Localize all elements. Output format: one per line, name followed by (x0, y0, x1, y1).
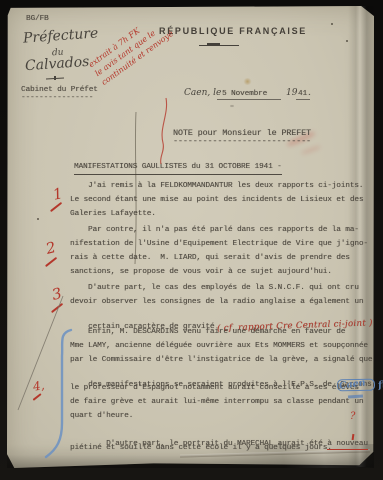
paper-speck (346, 40, 348, 42)
office-underline: ---------------- (21, 93, 93, 103)
body-line: Mme LAMY, ancienne déléguée ouvrière aux… (70, 341, 368, 351)
body-line: rais à cette date. M. LIARD, qui serait … (70, 253, 350, 263)
body-line: Galeries Lafayette. (70, 209, 156, 219)
dateline-year-printed: 19 (286, 88, 297, 98)
dateline-prefix: Caen, le (184, 88, 221, 98)
paper-speck (37, 218, 39, 220)
masthead-rule (199, 45, 239, 46)
body-line: sanctions, se propose de vous voir à ce … (70, 267, 332, 277)
body-line: Le second étant une mise au point des in… (70, 195, 363, 205)
red-margin-number-4: 4, (32, 378, 46, 394)
body-line: Enfin, M. DESCARDINS venu faire une déma… (88, 327, 345, 337)
masthead-rule-dash (207, 43, 220, 45)
body-line: piétiné et souillé dans cette école il y… (70, 443, 332, 453)
body-line: devoir observer les consignes de la radi… (70, 297, 363, 307)
body-line: J'ai remis à la FELDKOMMANDANTUR les deu… (88, 181, 363, 191)
red-underlined-phrase: à nouveau (327, 440, 368, 450)
dateline-year-underline (296, 99, 310, 100)
note-heading-underline: ---------------------------- (173, 136, 311, 146)
subject-heading: MANIFESTATIONS GAULLISTES du 31 OCTOBRE … (74, 162, 282, 175)
red-question-mark: ? (350, 411, 355, 422)
letterhead-flourish-tick (54, 76, 56, 80)
blue-correction-filles: filles (377, 377, 383, 391)
body-line: D'autre part, le cas des employés de la … (88, 283, 359, 293)
body-line: par le Commissaire d'être l'instigatrice… (70, 355, 372, 365)
body-line: nifestation de l'Usine d'Equipement Elec… (70, 239, 368, 249)
dateline-equals-mark: = (230, 102, 234, 112)
reference-code: BG/FB (26, 14, 49, 24)
paper-stain (243, 78, 252, 85)
dateline-date: 5 Novembre (222, 89, 267, 99)
dateline-underline (217, 99, 281, 100)
paper-speck (331, 23, 333, 25)
scan-background: BG/FB Préfecture du Calvados Cabinet du … (0, 0, 383, 480)
body-line: le professeur d'Espagnol notamment aurai… (70, 383, 359, 393)
dateline-year-typed: 41. (298, 89, 312, 99)
body-line: Par contre, il n'a pas été parlé dans ce… (88, 225, 359, 235)
body-line: quart d'heure. (70, 411, 133, 421)
body-line: de faire grève et aurait lui-même interr… (70, 397, 363, 407)
